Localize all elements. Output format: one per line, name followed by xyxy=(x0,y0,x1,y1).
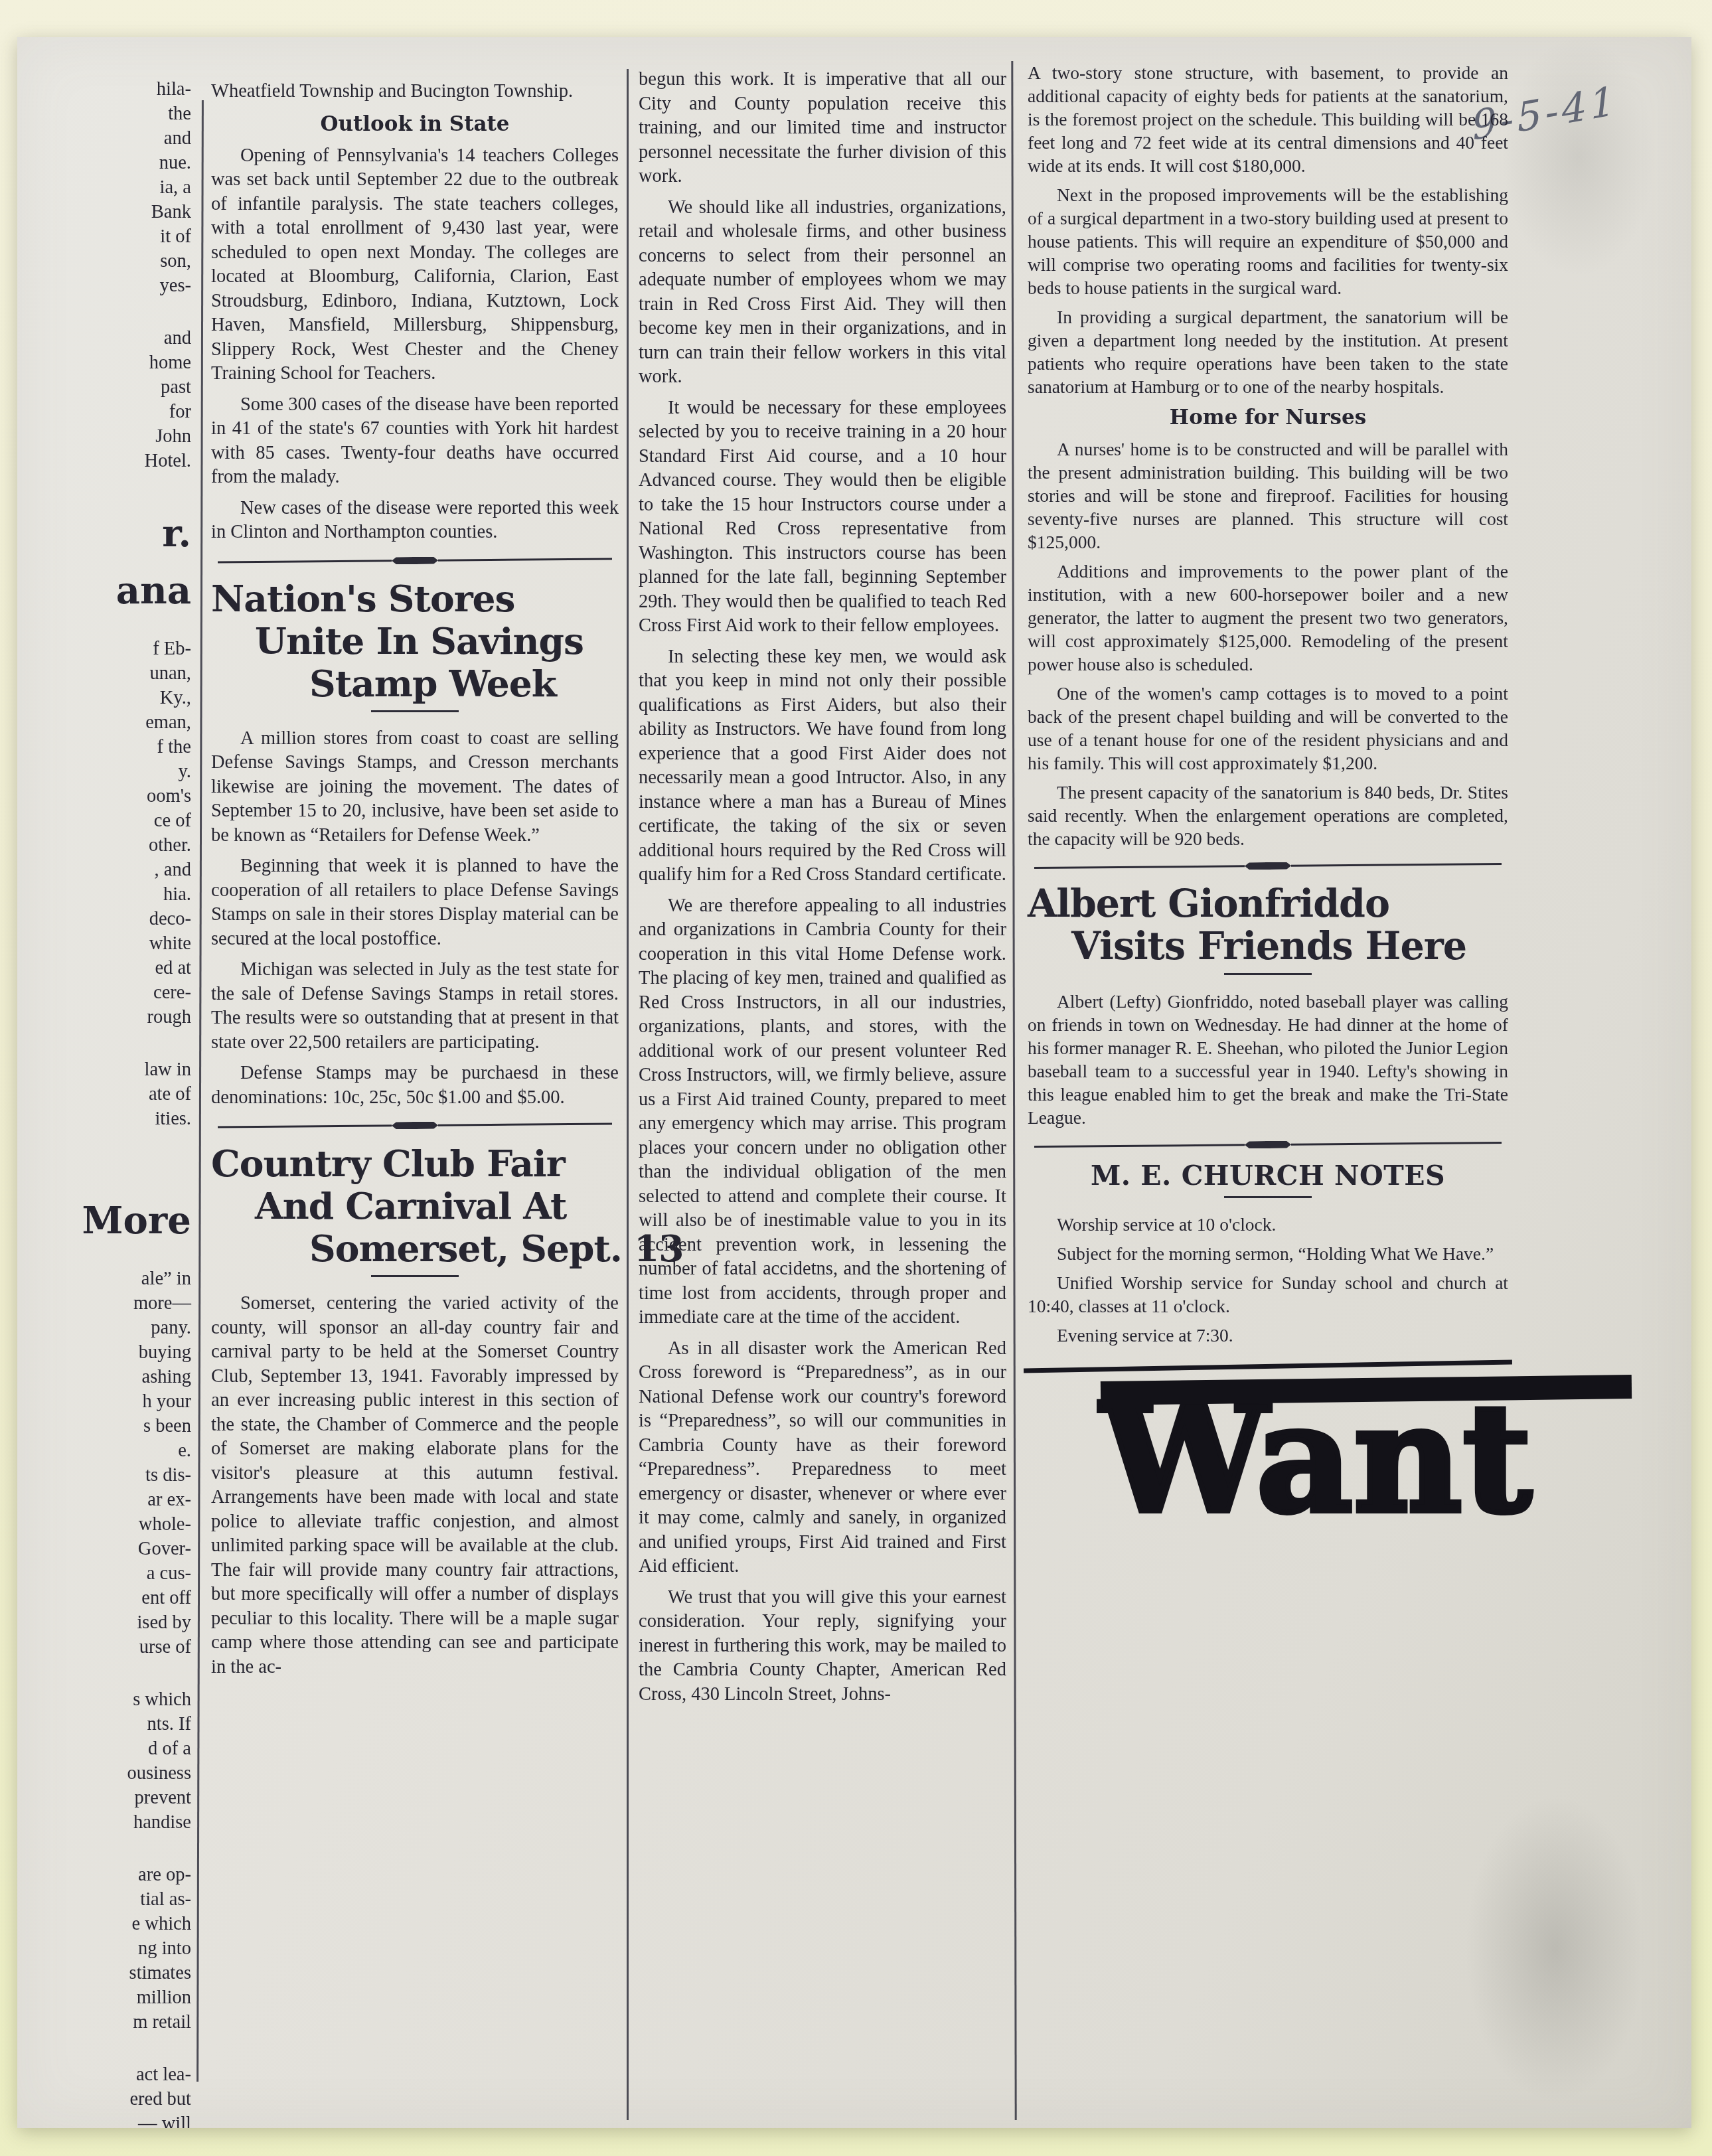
margin-fragment: yes- xyxy=(21,273,191,298)
margin-fragment: oom's xyxy=(21,784,191,809)
margin-fragment: urse of xyxy=(21,1635,191,1659)
section-divider xyxy=(1034,860,1502,872)
article-paragraph: We trust that you will give this your ea… xyxy=(639,1586,1006,1707)
margin-fragment: prevent xyxy=(21,1786,191,1810)
margin-fragment: rough xyxy=(21,1005,191,1030)
margin-fragment: for xyxy=(21,400,191,424)
margin-fragment: ar ex- xyxy=(21,1488,191,1512)
margin-fragment: deco- xyxy=(21,907,191,931)
margin-fragment: Ky., xyxy=(21,686,191,710)
section-divider xyxy=(218,555,612,566)
margin-fragment: nue. xyxy=(21,151,191,175)
margin-fragment: buying xyxy=(21,1340,191,1365)
margin-fragment: ities. xyxy=(21,1107,191,1131)
margin-gap xyxy=(21,1030,191,1057)
article-paragraph: One of the women's camp cottages is to m… xyxy=(1028,682,1508,775)
article-paragraph: New cases of the disease were reported t… xyxy=(211,497,619,545)
margin-gap xyxy=(21,1835,191,1863)
headline-line: Country Club Fair xyxy=(211,1142,619,1185)
church-notes-heading: M. E. CHURCH NOTES xyxy=(1028,1159,1508,1192)
margin-fragment: ed at xyxy=(21,956,191,980)
section-divider xyxy=(218,1120,612,1130)
margin-fragment: hia. xyxy=(21,882,191,907)
margin-fragment: s been xyxy=(21,1414,191,1438)
article-paragraph: Wheatfield Township and Bucington Townsh… xyxy=(211,80,619,104)
margin-fragment: d of a xyxy=(21,1736,191,1761)
margin-gap xyxy=(21,2035,191,2062)
scan-smudge xyxy=(1466,1796,1645,2102)
margin-fragment: — will xyxy=(21,2112,191,2128)
article-paragraph: A million stores from coast to coast are… xyxy=(211,727,619,848)
margin-fragment: ia, a xyxy=(21,175,191,200)
margin-fragment: ate of xyxy=(21,1082,191,1107)
article-paragraph: The present capacity of the sanatorium i… xyxy=(1028,781,1508,850)
margin-fragment: hila- xyxy=(21,77,191,102)
article-paragraph: Additions and improvements to the power … xyxy=(1028,560,1508,676)
column-2: begun this work. It is imperative that a… xyxy=(639,68,1006,1713)
section-subhead: Outlook in State xyxy=(211,111,619,137)
article-paragraph: A two-story stone structure, with baseme… xyxy=(1028,61,1508,177)
margin-fragment: ent off xyxy=(21,1586,191,1610)
margin-fragment: whole- xyxy=(21,1512,191,1537)
margin-fragment: s which xyxy=(21,1687,191,1712)
article-paragraph: Next in the proposed improvements will b… xyxy=(1028,183,1508,299)
column-rule-right xyxy=(1011,61,1016,2120)
article-paragraph: Defense Stamps may be purchaesd in these… xyxy=(211,1061,619,1110)
margin-fragment: son, xyxy=(21,249,191,273)
headline-line: Albert Gionfriddo xyxy=(1028,883,1508,925)
margin-fragment: ts dis- xyxy=(21,1463,191,1488)
margin-fragment: other. xyxy=(21,833,191,858)
margin-fragment: Hotel. xyxy=(21,449,191,473)
margin-fragment: and xyxy=(21,126,191,151)
headline-underline xyxy=(371,1275,459,1277)
margin-fragment: past xyxy=(21,375,191,400)
margin-fragment: home xyxy=(21,350,191,375)
headline-underline xyxy=(1224,1196,1312,1198)
margin-fragment: tial as- xyxy=(21,1887,191,1912)
margin-fragment: law in xyxy=(21,1057,191,1082)
left-margin-column: hila-theandnue.ia, aBankit ofson,yes-and… xyxy=(21,77,191,2128)
article-paragraph: Albert (Lefty) Gionfriddo, noted basebal… xyxy=(1028,990,1508,1129)
margin-fragment: y. xyxy=(21,759,191,784)
article-paragraph: Unified Worship service for Sunday schoo… xyxy=(1028,1271,1508,1318)
margin-fragment: white xyxy=(21,931,191,956)
margin-fragment: More xyxy=(21,1196,191,1245)
divider-diamond-icon xyxy=(392,556,438,564)
margin-fragment: pany. xyxy=(21,1316,191,1340)
margin-gap xyxy=(21,623,191,637)
section-divider xyxy=(1034,1139,1502,1150)
article-paragraph: Subject for the morning sermon, “Holding… xyxy=(1028,1242,1508,1265)
margin-gap xyxy=(21,1659,191,1687)
margin-gap xyxy=(21,1131,191,1188)
margin-fragment: ised by xyxy=(21,1610,191,1635)
article-headline: Nation's StoresUnite In SavingsStamp Wee… xyxy=(211,577,619,705)
margin-fragment: f the xyxy=(21,735,191,759)
margin-fragment: it of xyxy=(21,224,191,249)
margin-fragment: e which xyxy=(21,1912,191,1936)
section-subhead: Home for Nurses xyxy=(1028,404,1508,431)
margin-fragment: Bank xyxy=(21,200,191,224)
headline-line: Visits Friends Here xyxy=(1028,925,1508,968)
margin-fragment: Gover- xyxy=(21,1537,191,1561)
margin-fragment: ce of xyxy=(21,809,191,833)
article-headline: Country Club FairAnd Carnival AtSomerset… xyxy=(211,1142,619,1270)
divider-diamond-icon xyxy=(1245,1141,1291,1149)
margin-fragment: m retail xyxy=(21,2010,191,2035)
headline-line: Somerset, Sept. 13 xyxy=(211,1227,619,1270)
margin-fragment: e. xyxy=(21,1438,191,1463)
article-headline: Albert GionfriddoVisits Friends Here xyxy=(1028,883,1508,968)
headline-line: Stamp Week xyxy=(211,662,619,705)
margin-fragment: h your xyxy=(21,1389,191,1414)
want-ad-banner: Want xyxy=(1101,1378,1632,1527)
column-rule-left xyxy=(196,100,204,2082)
margin-fragment: f Eb- xyxy=(21,637,191,661)
article-paragraph: Evening service at 7:30. xyxy=(1028,1324,1508,1347)
margin-fragment: ered but xyxy=(21,2087,191,2112)
article-paragraph: Somerset, centering the varied activity … xyxy=(211,1292,619,1679)
margin-gap xyxy=(21,1253,191,1267)
article-paragraph: As in all disaster work the American Red… xyxy=(639,1337,1006,1579)
margin-fragment: , and xyxy=(21,858,191,882)
margin-gap xyxy=(21,298,191,326)
margin-fragment: John xyxy=(21,424,191,449)
margin-fragment: handise xyxy=(21,1810,191,1835)
headline-underline xyxy=(371,710,459,712)
margin-fragment: r. xyxy=(21,509,191,558)
margin-fragment: ng into xyxy=(21,1936,191,1961)
article-paragraph: It would be necessary for these employee… xyxy=(639,396,1006,639)
divider-diamond-icon xyxy=(392,1122,438,1130)
margin-fragment: cere- xyxy=(21,980,191,1005)
margin-fragment: a cus- xyxy=(21,1561,191,1586)
margin-fragment: more— xyxy=(21,1291,191,1316)
newspaper-paper: 9-5-41 hila-theandnue.ia, aBankit ofson,… xyxy=(17,37,1691,2128)
column-rule-middle xyxy=(627,69,629,2120)
scan-smudge xyxy=(1502,37,1655,276)
margin-fragment: unan, xyxy=(21,661,191,686)
article-paragraph: Opening of Pennsylvania's 14 teachers Co… xyxy=(211,144,619,386)
margin-fragment: stimates xyxy=(21,1961,191,1985)
article-paragraph: begun this work. It is imperative that a… xyxy=(639,68,1006,189)
newspaper-scan-page: 9-5-41 hila-theandnue.ia, aBankit ofson,… xyxy=(0,0,1712,2156)
headline-underline xyxy=(1224,973,1312,975)
margin-fragment: are op- xyxy=(21,1863,191,1887)
article-paragraph: Some 300 cases of the disease have been … xyxy=(211,393,619,490)
margin-fragment: and xyxy=(21,326,191,350)
margin-fragment: eman, xyxy=(21,710,191,735)
margin-fragment: nts. If xyxy=(21,1712,191,1736)
margin-gap xyxy=(21,473,191,501)
article-paragraph: In providing a surgical department, the … xyxy=(1028,305,1508,398)
article-paragraph: Beginning that week it is planned to hav… xyxy=(211,854,619,951)
margin-fragment: act lea- xyxy=(21,2062,191,2087)
column-3: A two-story stone structure, with baseme… xyxy=(1028,61,1508,1527)
article-paragraph: A nurses' home is to be constructed and … xyxy=(1028,437,1508,554)
margin-fragment: ashing xyxy=(21,1365,191,1389)
margin-fragment: ale” in xyxy=(21,1267,191,1291)
article-paragraph: We should like all industries, organizat… xyxy=(639,196,1006,390)
headline-line: And Carnival At xyxy=(211,1185,619,1227)
article-paragraph: We are therefore appealing to all indust… xyxy=(639,894,1006,1330)
column-1: Wheatfield Township and Bucington Townsh… xyxy=(211,80,619,1686)
margin-fragment: the xyxy=(21,102,191,126)
article-paragraph: Michigan was selected in July as the tes… xyxy=(211,958,619,1055)
margin-fragment: ousiness xyxy=(21,1761,191,1786)
margin-fragment: ana xyxy=(21,566,191,615)
want-ad-text: Want xyxy=(1101,1391,1632,1527)
headline-line: Nation's Stores xyxy=(211,577,619,620)
divider-diamond-icon xyxy=(1245,862,1291,870)
headline-line: Unite In Savings xyxy=(211,620,619,662)
article-paragraph: In selecting these key men, we would ask… xyxy=(639,645,1006,887)
article-paragraph: Worship service at 10 o'clock. xyxy=(1028,1213,1508,1236)
margin-fragment: million xyxy=(21,1985,191,2010)
